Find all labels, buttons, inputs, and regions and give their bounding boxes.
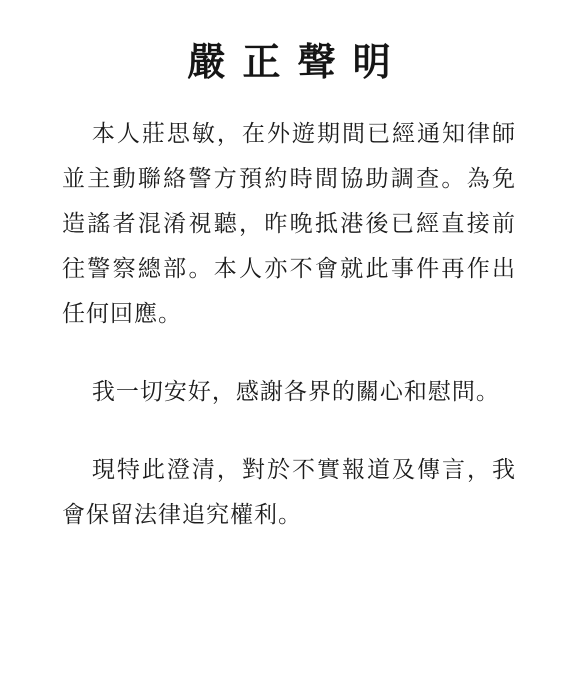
- statement-title: 嚴正聲明: [0, 42, 578, 86]
- statement-paragraph-main: 本人莊思敏，在外遊期間已經通知律師並主動聯絡警方預約時間協助調查。為免造謠者混淆…: [0, 111, 578, 336]
- statement-paragraph-legal: 現特此澄清，對於不實報道及傳言，我會保留法律追究權利。: [0, 447, 578, 537]
- statement-paragraph-wellbeing: 我一切安好，感謝各界的關心和慰問。: [0, 369, 578, 414]
- statement-page: 嚴正聲明 本人莊思敏，在外遊期間已經通知律師並主動聯絡警方預約時間協助調查。為免…: [0, 0, 578, 690]
